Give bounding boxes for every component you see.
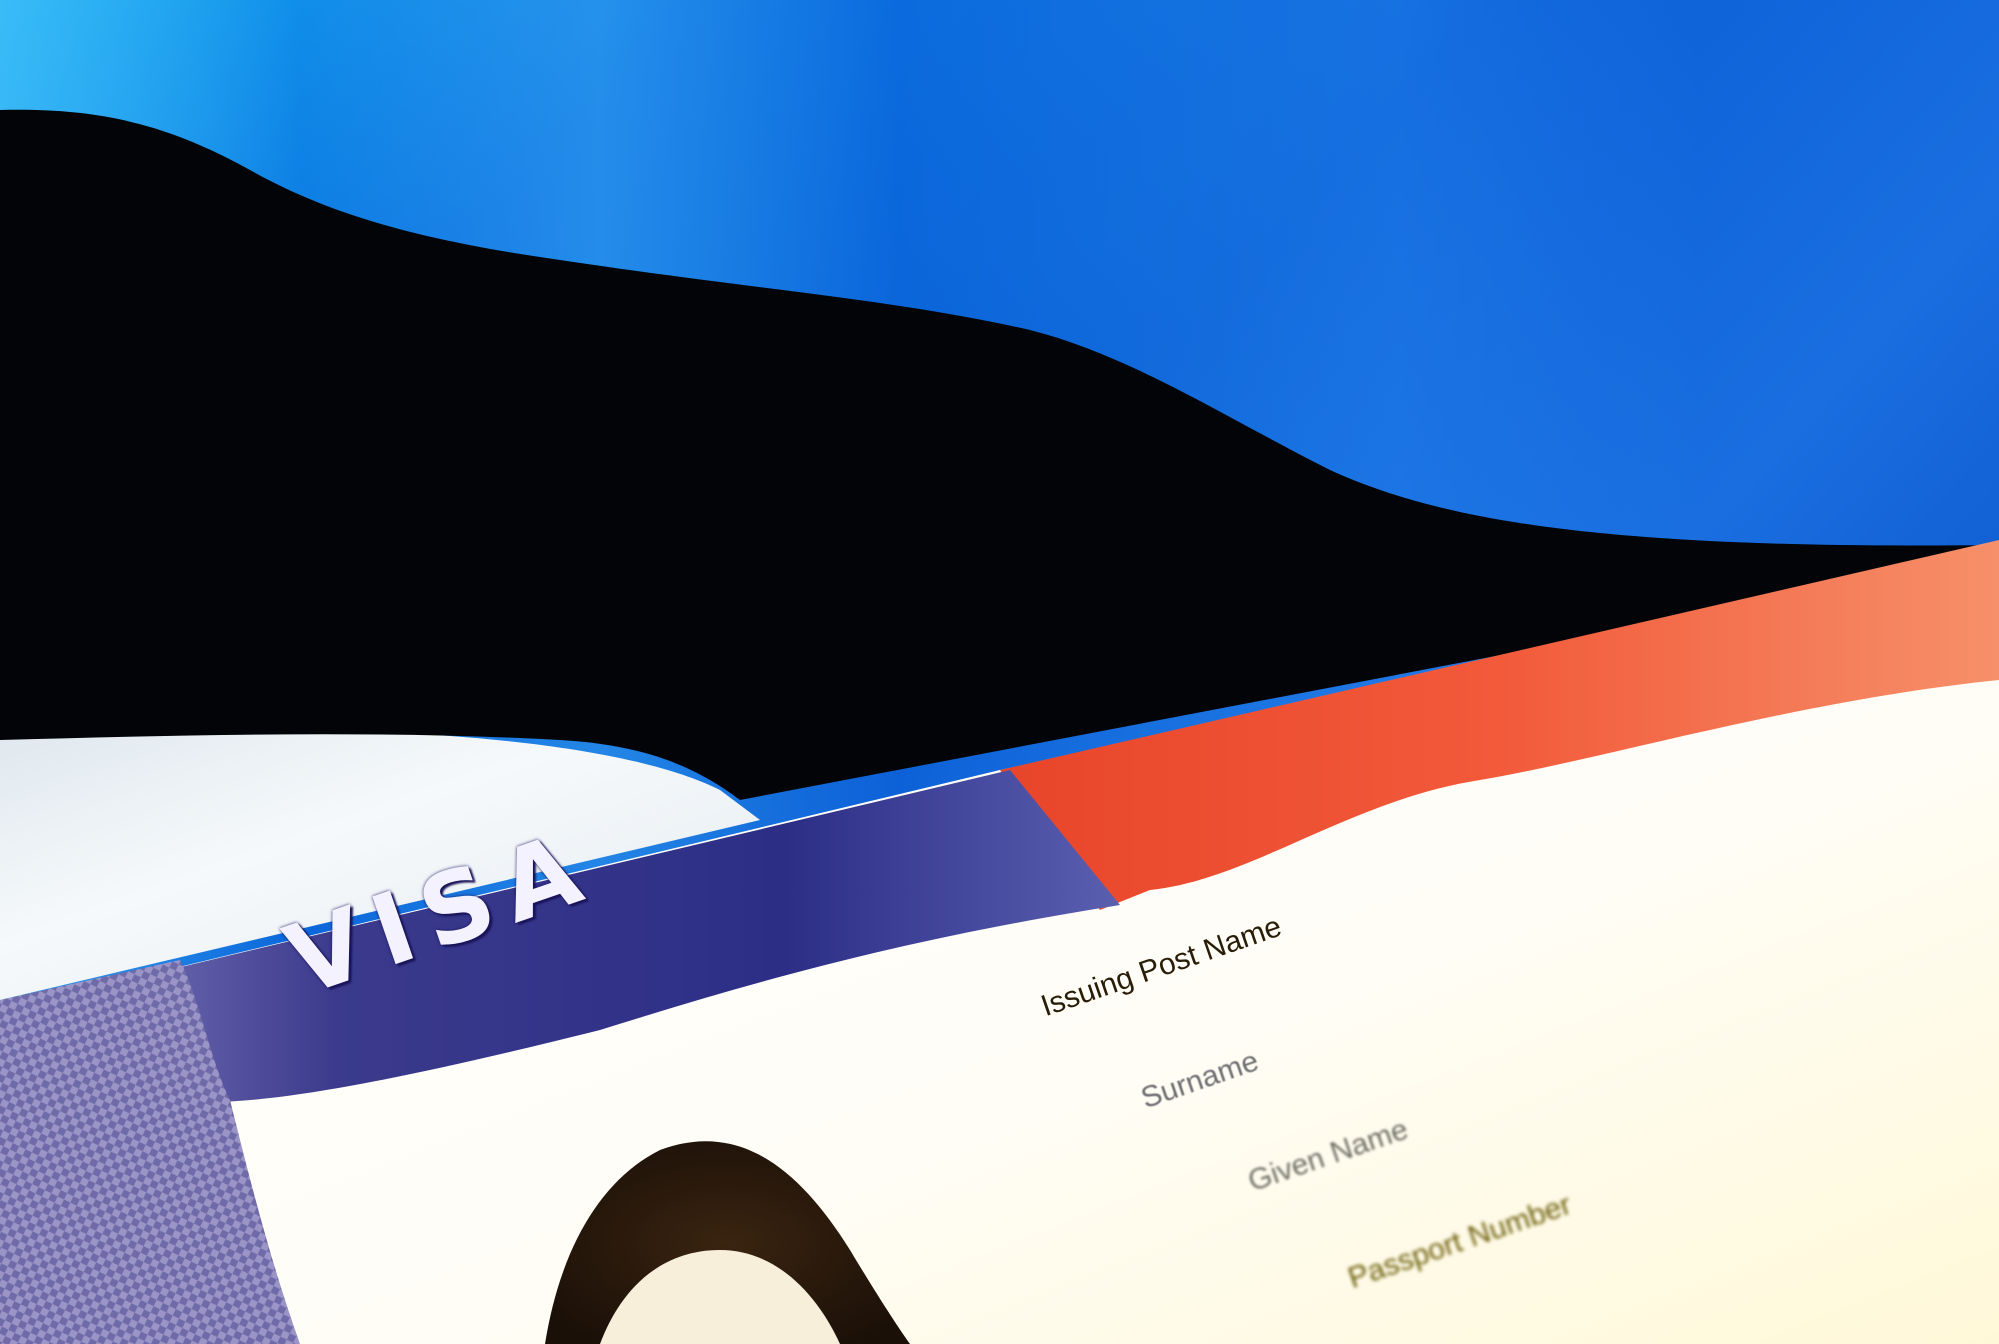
- flag-and-document-illustration: [0, 0, 1999, 1344]
- photo-scene: VISA Issuing Post Name Surname Given Nam…: [0, 0, 1999, 1344]
